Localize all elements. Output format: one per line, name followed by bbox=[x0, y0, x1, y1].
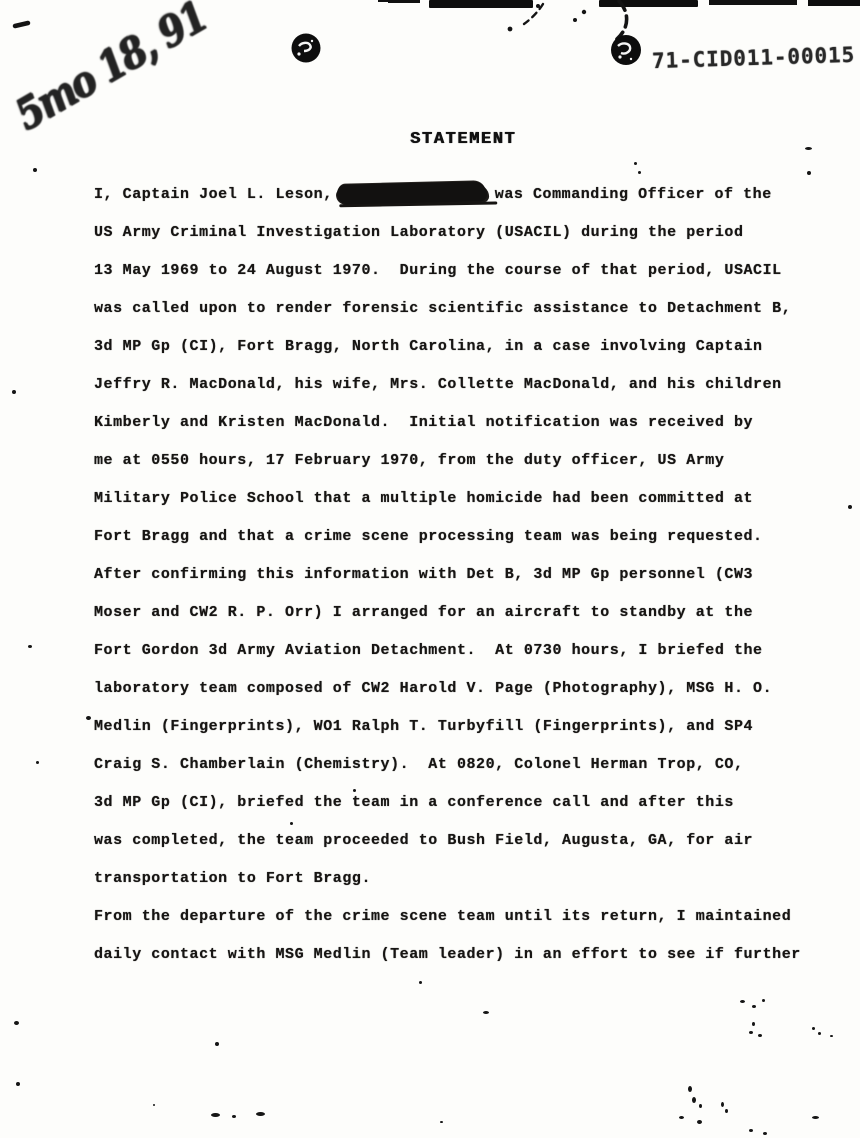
redaction-mark bbox=[337, 181, 487, 205]
noise-speck bbox=[232, 1115, 236, 1118]
noise-speck bbox=[749, 1129, 753, 1132]
noise-speck bbox=[721, 1102, 724, 1107]
text-line: Craig S. Chamberlain (Chemistry). At 082… bbox=[94, 746, 824, 784]
noise-speck bbox=[752, 1005, 756, 1008]
noise-speck bbox=[692, 1097, 696, 1103]
noise-speck bbox=[830, 1035, 833, 1037]
noise-speck bbox=[638, 171, 641, 174]
text-line: I, Captain Joel L. Leson,was Commanding … bbox=[94, 176, 824, 214]
noise-speck bbox=[752, 1022, 755, 1026]
noise-speck bbox=[86, 716, 91, 720]
noise-speck bbox=[211, 1113, 220, 1117]
noise-speck bbox=[758, 1034, 762, 1037]
noise-speck bbox=[812, 1027, 815, 1030]
text-line: Military Police School that a multiple h… bbox=[94, 480, 824, 518]
noise-speck bbox=[14, 1021, 19, 1025]
text-line: was called upon to render forensic scien… bbox=[94, 290, 824, 328]
text-line: daily contact with MSG Medlin (Team lead… bbox=[94, 936, 824, 974]
noise-speck bbox=[28, 645, 32, 648]
text-line: Kimberly and Kristen MacDonald. Initial … bbox=[94, 404, 824, 442]
noise-speck bbox=[153, 1104, 155, 1106]
noise-speck bbox=[16, 1082, 20, 1086]
text-line: Fort Gordon 3d Army Aviation Detachment.… bbox=[94, 632, 824, 670]
noise-speck bbox=[290, 822, 293, 825]
text-line: US Army Criminal Investigation Laborator… bbox=[94, 214, 824, 252]
text-line: Fort Bragg and that a crime scene proces… bbox=[94, 518, 824, 556]
text-line: Moser and CW2 R. P. Orr) I arranged for … bbox=[94, 594, 824, 632]
noise-speck bbox=[688, 1086, 692, 1092]
noise-speck bbox=[256, 1112, 265, 1116]
noise-speck bbox=[740, 1000, 745, 1003]
noise-speck bbox=[483, 1011, 489, 1014]
text-line: Medlin (Fingerprints), WO1 Ralph T. Turb… bbox=[94, 708, 824, 746]
body-text: I, Captain Joel L. Leson,was Commanding … bbox=[94, 176, 824, 974]
pen-marks bbox=[15, 1, 627, 39]
noise-speck bbox=[805, 147, 812, 150]
grommet-blob-right bbox=[611, 35, 641, 65]
noise-speck bbox=[749, 1031, 753, 1034]
text-line: me at 0550 hours, 17 February 1970, from… bbox=[94, 442, 824, 480]
document-page: 5mo 18, 91 71-CID011-00015 STATEMENT I, … bbox=[0, 0, 860, 1138]
text-line: After confirming this information with D… bbox=[94, 556, 824, 594]
noise-speck bbox=[419, 981, 422, 984]
noise-speck bbox=[725, 1109, 728, 1113]
noise-speck bbox=[440, 1121, 443, 1123]
text-line: Jeffry R. MacDonald, his wife, Mrs. Coll… bbox=[94, 366, 824, 404]
text-line: transportation to Fort Bragg. bbox=[94, 860, 824, 898]
noise-speck bbox=[634, 162, 637, 165]
noise-speck bbox=[812, 1116, 819, 1119]
noise-speck bbox=[33, 168, 37, 172]
text-line: 13 May 1969 to 24 August 1970. During th… bbox=[94, 252, 824, 290]
noise-speck bbox=[818, 1032, 821, 1035]
noise-speck bbox=[215, 1042, 219, 1046]
text-line: From the departure of the crime scene te… bbox=[94, 898, 824, 936]
text-line: laboratory team composed of CW2 Harold V… bbox=[94, 670, 824, 708]
grommet-blob-left bbox=[292, 34, 321, 63]
text-line: 3d MP Gp (CI), Fort Bragg, North Carolin… bbox=[94, 328, 824, 366]
noise-speck bbox=[12, 390, 16, 394]
text-line: 3d MP Gp (CI), briefed the team in a con… bbox=[94, 784, 824, 822]
document-title: STATEMENT bbox=[410, 130, 516, 149]
noise-speck bbox=[353, 789, 356, 792]
noise-speck bbox=[36, 761, 39, 764]
noise-speck bbox=[699, 1104, 702, 1108]
noise-speck bbox=[762, 999, 765, 1002]
noise-speck bbox=[848, 505, 852, 509]
text-line: was completed, the team proceeded to Bus… bbox=[94, 822, 824, 860]
noise-speck bbox=[697, 1120, 702, 1124]
noise-speck bbox=[679, 1116, 684, 1119]
noise-speck bbox=[763, 1132, 767, 1135]
noise-speck bbox=[807, 171, 811, 175]
